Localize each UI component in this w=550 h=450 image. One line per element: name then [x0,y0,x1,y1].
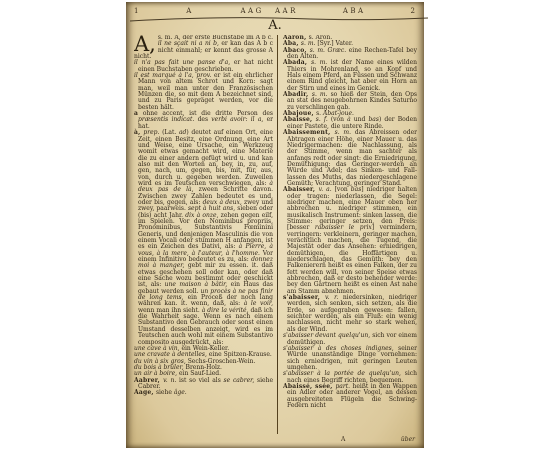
entry-paragraph: A,s. m. A, der erste Buchstabe im A b c.… [134,35,273,60]
page-number-left: 1 [134,7,139,15]
signature-mark: A [341,436,345,443]
running-head: 1 A AAG AAR ABA 2 [134,6,416,16]
running-title-a: A [186,7,194,15]
drop-cap-a: A, [134,35,158,54]
page-footer: A über [283,436,417,444]
left-column: A,s. m. A, der erste Buchstabe im A b c.… [134,35,273,435]
entry-paragraph: Abaisser, v. a. [von bas] niedriger halt… [287,187,417,295]
entry-text: v. n. [163,377,176,384]
scanned-dictionary-page: 1 A AAG AAR ABA 2 A. A,s. m. A, der erst… [126,2,424,448]
entry-text: das Abreissen oder Abtragen einer Höhe, … [287,129,417,187]
entry-text: daß ich die Wahrheit sage. Wenn es nach … [138,307,273,346]
entry-paragraph: s'abaisser à des choses indignes, seiner… [287,346,417,371]
entry-paragraph: a ohne accent, ist die dritte Person des… [138,111,273,130]
column-divider-rule [277,35,278,434]
entry-paragraph: Abada, s. m. ist der Name eines wilden T… [287,60,417,92]
entry-text: ] vermindern, verringern: verkleinern, g… [287,224,417,294]
entry-text: des [194,116,211,123]
right-column: Aaron, s. Aron.Aba, s. m. [Syr.] Vater.A… [283,35,417,435]
entry-paragraph: Abadir, s. m. so hieß der Stein, den Ops… [287,92,417,111]
running-title-aar: AAR [275,7,298,15]
entry-paragraph: s'abaisser, v. r. niedersinken, niedrige… [287,295,417,333]
entry-paragraph: Abaissé, ssée, part. heißt in den Wappen… [287,384,417,409]
section-heading: A. [126,19,424,32]
running-title-aag: AAG [241,7,264,15]
entry-paragraph: à, prep. (Lat. ad) deutet auf einen Ort,… [138,130,273,346]
entry-text: er ist ein ehrlicher Mann von altem Schr… [138,72,273,111]
running-title-aba: ABA [343,7,366,15]
entry-text: niedersinken, niedriger werden, sich sen… [287,294,417,333]
entry-text: ) deutet auf einen Ort, eine Zeit, einen… [138,129,273,187]
entry-paragraph: il est marqué à l'a, prov. er ist ein eh… [138,73,273,111]
entry-paragraph: Abaissement, s. m. das Abreissen oder Ab… [287,130,417,187]
headword: Aage, [134,389,156,396]
catchword: über [401,436,415,443]
page-number-right: 2 [411,7,416,15]
entry-text: verbi avoir: il a, [211,116,263,123]
entry-text: siehe [156,389,174,396]
entry-paragraph: Aage, siehe âge. [138,390,273,396]
entry-text: se cabrer, [224,377,255,384]
entry-text: ist so viel als [176,377,223,384]
entry-text: âge. [174,389,187,396]
